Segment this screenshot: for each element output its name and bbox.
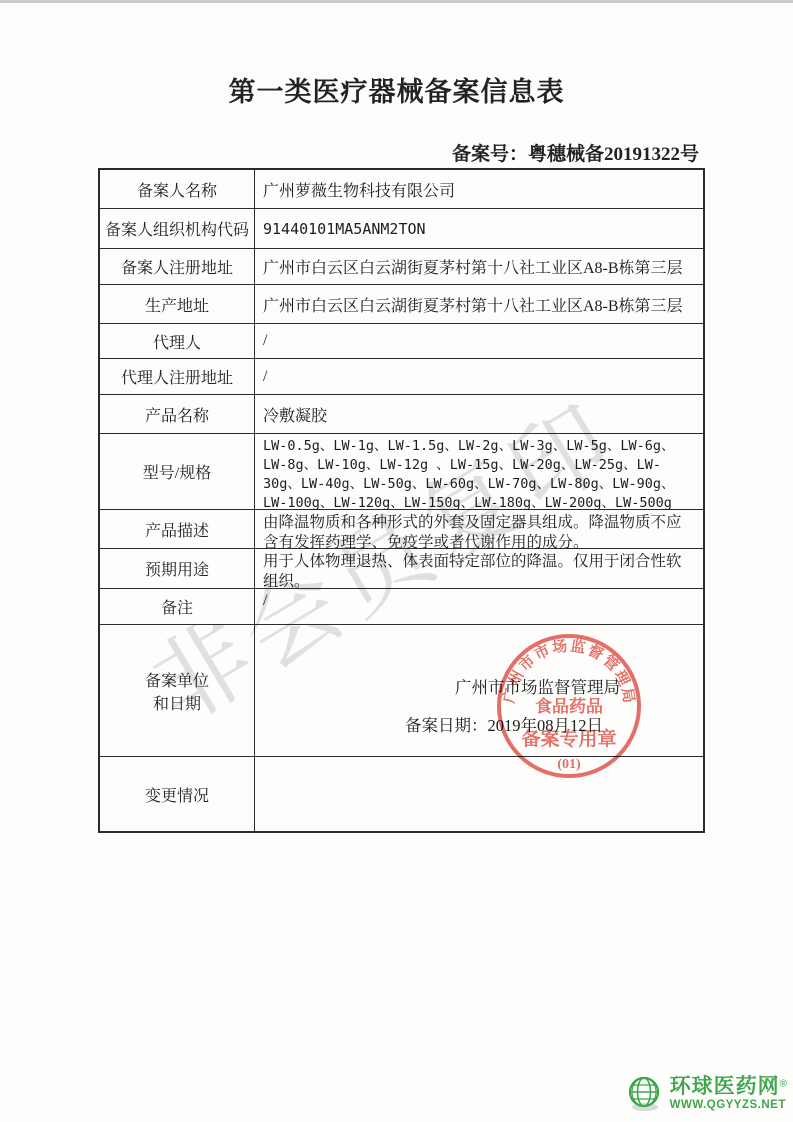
table-row: 产品描述 由降温物质和各种形式的外套及固定器具组成。降温物质不应含有发挥药理学、… [100,510,703,549]
registration-info-table: 备案人名称 广州萝薇生物科技有限公司 备案人组织机构代码 91440101MA5… [98,168,705,833]
site-url: WWW.QGYYZS.NET [670,1100,787,1112]
site-footer-logo: 环球医药网® WWW.QGYYZS.NET [624,1074,787,1114]
scanned-document-page: 非会员复印 第一类医疗器械备案信息表 备案号：粤穗械备20191322号 备案人… [0,0,793,1122]
filing-date: 备案日期：2019年08月12日 [405,712,603,736]
table-row: 代理人 / [100,324,703,359]
filing-authority: 广州市市场监督管理局 [455,674,620,698]
row-value: 广州萝薇生物科技有限公司 [255,170,703,208]
filing-number: 备案号：粤穗械备20191322号 [452,139,699,166]
row-label: 变更情况 [100,757,255,831]
row-value [255,757,703,831]
row-value: / [255,589,703,624]
table-row-filing-unit: 备案单位 和日期 广州市市场监督管理局 备案日期：2019年08月12日 [100,625,703,757]
row-label: 备案人组织机构代码 [100,209,255,248]
row-label: 产品名称 [100,395,255,433]
row-label: 备案人名称 [100,170,255,208]
row-label: 备注 [100,589,255,624]
row-label: 代理人 [100,324,255,358]
registered-trademark-mark: ® [780,1079,787,1090]
site-name: 环球医药网 [670,1075,780,1098]
row-label: 备案单位 和日期 [100,625,255,756]
row-value: 由降温物质和各种形式的外套及固定器具组成。降温物质不应含有发挥药理学、免疫学或者… [255,510,703,548]
row-value: / [255,324,703,358]
row-value: / [255,359,703,394]
row-value: 91440101MA5ANM2TON [255,209,703,248]
row-value: 用于人体物理退热、体表面特定部位的降温。仅用于闭合性软组织。 [255,549,703,588]
table-row: 预期用途 用于人体物理退热、体表面特定部位的降温。仅用于闭合性软组织。 [100,549,703,589]
filing-unit-cell: 广州市市场监督管理局 备案日期：2019年08月12日 [255,625,703,756]
page-title: 第一类医疗器械备案信息表 [0,70,793,109]
table-row: 备案人名称 广州萝薇生物科技有限公司 [100,170,703,209]
row-label: 代理人注册地址 [100,359,255,394]
row-value: LW-0.5g、LW-1g、LW-1.5g、LW-2g、LW-3g、LW-5g、… [255,434,703,509]
table-row-change-record: 变更情况 [100,757,703,831]
globe-icon [624,1074,664,1114]
row-value: 广州市白云区白云湖街夏茅村第十八社工业区A8-B栋第三层 [255,249,703,284]
table-row: 备案人组织机构代码 91440101MA5ANM2TON [100,209,703,249]
row-value: 冷敷凝胶 [255,395,703,433]
table-row: 代理人注册地址 / [100,359,703,395]
row-value: 广州市白云区白云湖街夏茅村第十八社工业区A8-B栋第三层 [255,285,703,323]
row-label: 预期用途 [100,549,255,588]
row-label: 产品描述 [100,510,255,548]
table-row: 备案人注册地址 广州市白云区白云湖街夏茅村第十八社工业区A8-B栋第三层 [100,249,703,285]
table-row: 产品名称 冷敷凝胶 [100,395,703,434]
table-row: 生产地址 广州市白云区白云湖街夏茅村第十八社工业区A8-B栋第三层 [100,285,703,324]
scan-artifact-line [0,0,793,3]
row-label: 型号/规格 [100,434,255,509]
row-label: 备案人注册地址 [100,249,255,284]
table-row: 备注 / [100,589,703,625]
table-row: 型号/规格 LW-0.5g、LW-1g、LW-1.5g、LW-2g、LW-3g、… [100,434,703,510]
row-label: 生产地址 [100,285,255,323]
